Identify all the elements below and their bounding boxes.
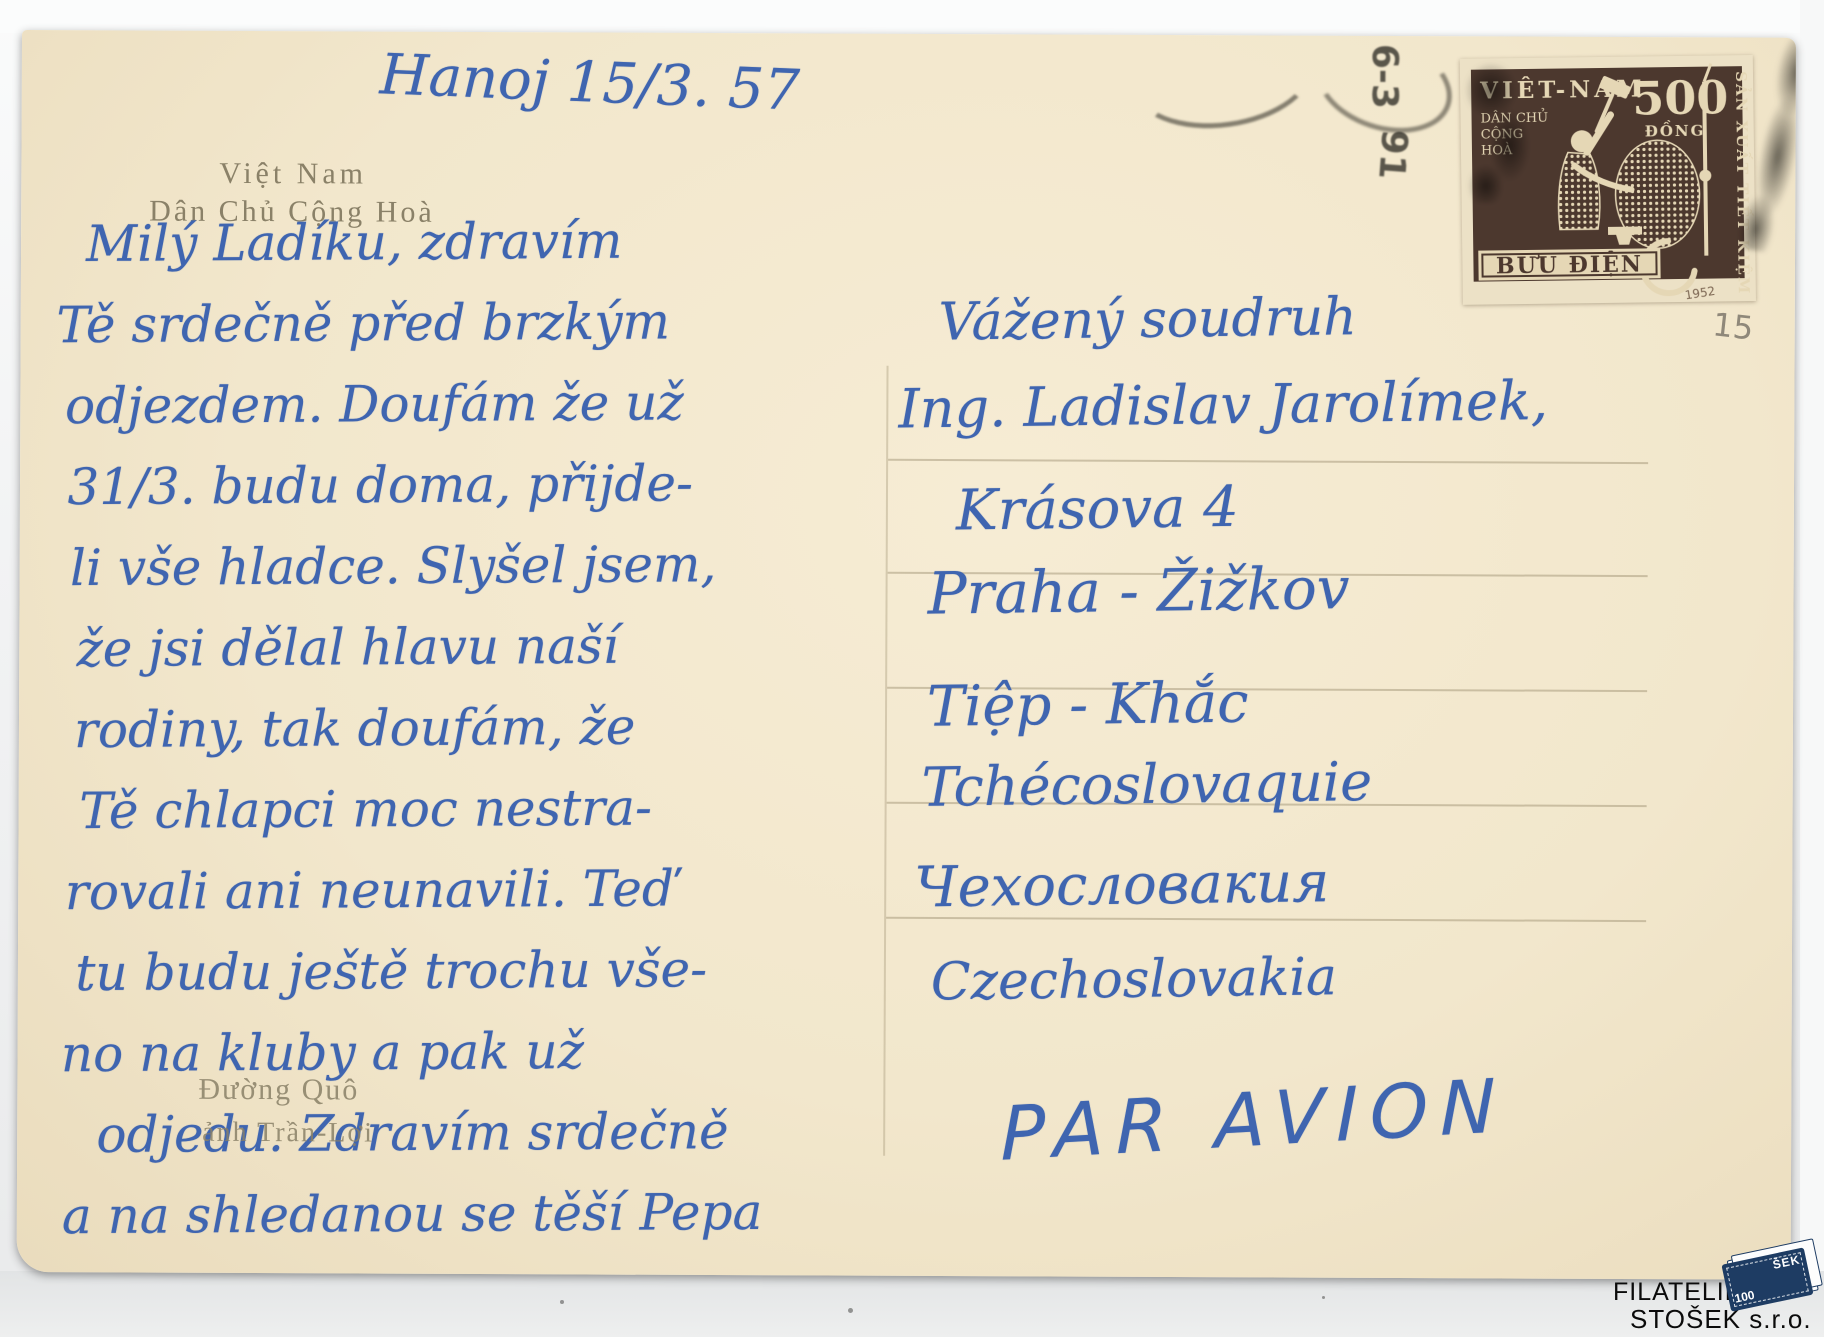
pencil-price-note: 15: [1711, 305, 1756, 347]
address-line: Praha - Žižkov: [927, 554, 1350, 628]
address-line: Tiệp - Khắc: [927, 671, 1249, 740]
message-body: Milý Ladíku, zdravím Tě srdečně před brz…: [56, 200, 832, 1258]
scanner-top-strip: [0, 0, 1824, 33]
watermark-filatelie-text: FILATELIE: [1613, 1278, 1742, 1307]
message-line: Tě srdečně před brzkým: [56, 281, 826, 367]
address-rule-line: [888, 459, 1648, 464]
stamp-currency-text: ĐỒNG: [1645, 120, 1706, 141]
address-line: Чехословакия: [914, 850, 1330, 920]
handwritten-date: Hanoj 15/3. 57: [379, 42, 801, 123]
message-line: li vše hladce. Slyšel jsem,: [70, 523, 828, 609]
scanner-bottom-band: [0, 1271, 1824, 1337]
dust-speck: [848, 1308, 853, 1313]
dust-speck: [1322, 1296, 1325, 1299]
message-line: že jsi dělal hlavu naší: [76, 604, 828, 690]
address-line: Krásova 4: [956, 475, 1240, 544]
message-line: tu budu ještě trochu vše-: [75, 928, 830, 1014]
photo-credit-line2: ảnh Trần-Lợi: [202, 1117, 374, 1150]
message-line: rovali ani neunavili. Teď: [65, 847, 830, 933]
photo-credit-line1: Đường Quô: [198, 1073, 359, 1108]
dust-speck: [560, 1300, 564, 1304]
message-line: odjezdem. Doufám že už: [65, 362, 827, 448]
postmark-ink-smudge: [1457, 58, 1553, 203]
message-line: no na kluby a pak už: [61, 1009, 831, 1095]
stamp-bottom-label: BƯU ĐIỆN: [1496, 250, 1643, 279]
postmark-arc: [1124, 30, 1322, 139]
address-line: Vážený soudruh: [938, 287, 1357, 352]
stamp-denomination-text: 500: [1632, 70, 1729, 125]
message-line: 31/3. budu doma, přijde-: [67, 443, 827, 529]
postmark-date-fragment: 6-3: [1364, 44, 1405, 109]
par-avion-label: PAR AVION: [1000, 1063, 1507, 1178]
printed-header-line1: Việt Nam: [219, 157, 367, 192]
logo-hundred-label: 100: [1733, 1288, 1756, 1306]
address-line: Czechoslovakia: [930, 947, 1337, 1012]
scanner-right-strip: [1800, 0, 1824, 1337]
address-line: Tchécoslovaquie: [921, 750, 1372, 819]
message-line: Milý Ladíku, zdravím: [86, 200, 826, 286]
message-line: Tě chlapci moc nestra-: [79, 766, 829, 852]
scan-background: Hanoj 15/3. 57 Việt Nam Dân Chủ Cộng Hoà…: [0, 0, 1824, 1337]
message-line: a na shledanou se těší Pepa: [62, 1171, 832, 1257]
postmark-number-fragment: 91: [1370, 128, 1415, 181]
logo-sek-label: ŠEK: [1771, 1253, 1801, 1272]
postcard: Hanoj 15/3. 57 Việt Nam Dân Chủ Cộng Hoà…: [17, 30, 1796, 1280]
watermark-stosek-text: STOŠEK s.r.o.: [1630, 1304, 1812, 1335]
address-divider-line: [883, 366, 888, 1156]
address-line: Ing. Ladislav Jarolímek,: [898, 369, 1548, 440]
message-line: rodiny, tak doufám, že: [74, 685, 829, 771]
